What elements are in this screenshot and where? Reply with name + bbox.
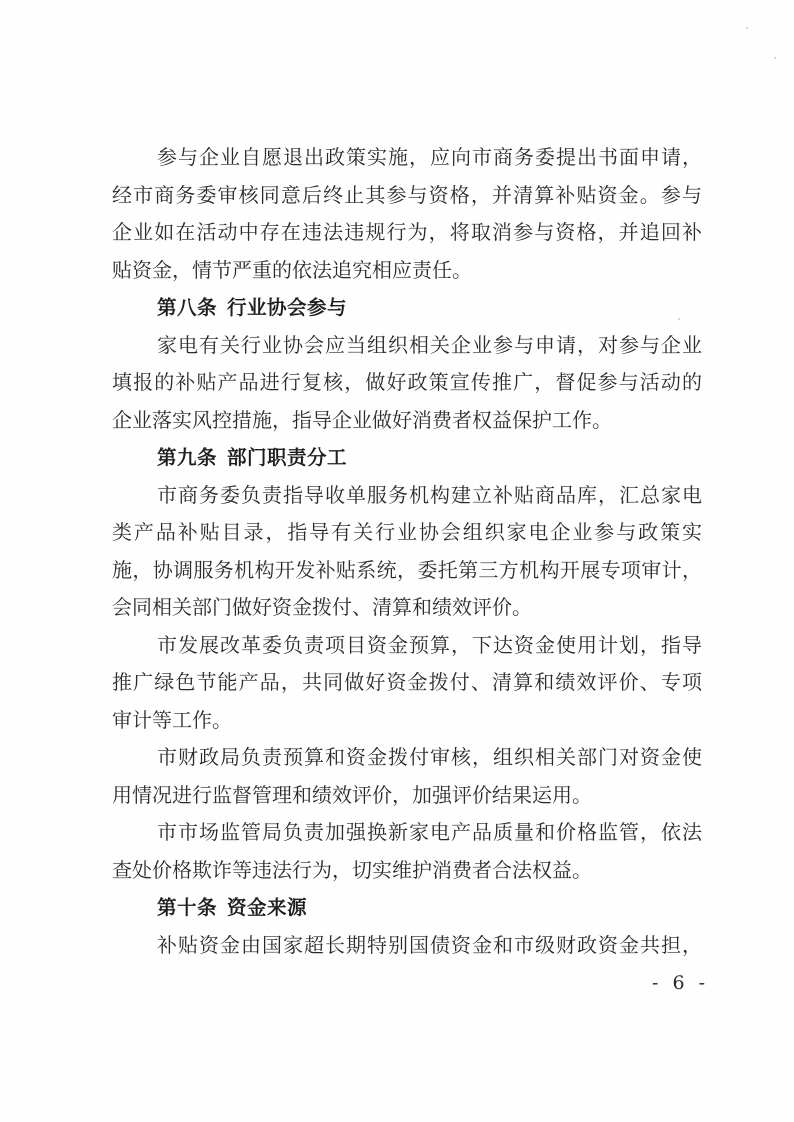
paragraph-funding-source: 补贴资金由国家超长期特别国债资金和市级财政资金共担， [112, 927, 702, 965]
article-heading-9: 第九条部门职责分工 [112, 439, 702, 477]
text-line: 经市商务委审核同意后终止其参与资格，并清算补贴资金。参与 [112, 177, 702, 215]
text-line: 市商务委负责指导收单服务机构建立补贴商品库，汇总家电 [112, 477, 702, 515]
scan-speck [774, 57, 776, 59]
paragraph-commerce-commission: 市商务委负责指导收单服务机构建立补贴商品库，汇总家电 类产品补贴目录，指导有关行… [112, 477, 702, 627]
paragraph-finance-bureau: 市财政局负责预算和资金拨付审核，组织相关部门对资金使 用情况进行监督管理和绩效评… [112, 739, 702, 814]
text-line: 用情况进行监督管理和绩效评价，加强评价结果运用。 [112, 777, 702, 815]
text-line: 推广绿色节能产品，共同做好资金拨付、清算和绩效评价、专项 [112, 664, 702, 702]
text-line: 贴资金，情节严重的依法追究相应责任。 [112, 252, 702, 290]
text-line: 审计等工作。 [112, 702, 702, 740]
article-title: 部门职责分工 [227, 446, 347, 469]
text-line: 填报的补贴产品进行复核，做好政策宣传推广，督促参与活动的 [112, 364, 702, 402]
article-title: 资金来源 [227, 896, 307, 919]
text-line: 市市场监管局负责加强换新家电产品质量和价格监管，依法 [112, 814, 702, 852]
text-line: 市财政局负责预算和资金拨付审核，组织相关部门对资金使 [112, 739, 702, 777]
text-line: 市发展改革委负责项目资金预算，下达资金使用计划，指导 [112, 627, 702, 665]
paragraph-development-reform: 市发展改革委负责项目资金预算，下达资金使用计划，指导 推广绿色节能产品，共同做好… [112, 627, 702, 740]
text-line: 企业如在活动中存在违法违规行为，将取消参与资格，并追回补 [112, 214, 702, 252]
article-number: 第九条 [157, 446, 217, 469]
text-line: 查处价格欺诈等违法行为，切实维护消费者合法权益。 [112, 852, 702, 890]
page-number: - 6 - [652, 972, 706, 994]
article-number: 第八条 [157, 296, 217, 319]
document-body: 参与企业自愿退出政策实施，应向市商务委提出书面申请， 经市商务委审核同意后终止其… [112, 139, 702, 964]
document-page: 参与企业自愿退出政策实施，应向市商务委提出书面申请， 经市商务委审核同意后终止其… [0, 0, 794, 1122]
scan-speck [678, 318, 680, 320]
article-heading-10: 第十条资金来源 [112, 889, 702, 927]
text-line: 参与企业自愿退出政策实施，应向市商务委提出书面申请， [112, 139, 702, 177]
text-line: 类产品补贴目录，指导有关行业协会组织家电企业参与政策实 [112, 514, 702, 552]
paragraph-industry-association: 家电有关行业协会应当组织相关企业参与申请，对参与企业 填报的补贴产品进行复核，做… [112, 327, 702, 440]
text-line: 施，协调服务机构开发补贴系统，委托第三方机构开展专项审计， [112, 552, 702, 590]
scan-speck [746, 27, 748, 29]
text-line: 会同相关部门做好资金拨付、清算和绩效评价。 [112, 589, 702, 627]
text-line: 家电有关行业协会应当组织相关企业参与申请，对参与企业 [112, 327, 702, 365]
paragraph-withdrawal: 参与企业自愿退出政策实施，应向市商务委提出书面申请， 经市商务委审核同意后终止其… [112, 139, 702, 289]
paragraph-market-regulation: 市市场监管局负责加强换新家电产品质量和价格监管，依法 查处价格欺诈等违法行为，切… [112, 814, 702, 889]
text-line: 补贴资金由国家超长期特别国债资金和市级财政资金共担， [112, 927, 702, 965]
text-line: 企业落实风控措施，指导企业做好消费者权益保护工作。 [112, 402, 702, 440]
article-number: 第十条 [157, 896, 217, 919]
article-heading-8: 第八条行业协会参与 [112, 289, 702, 327]
article-title: 行业协会参与 [227, 296, 347, 319]
